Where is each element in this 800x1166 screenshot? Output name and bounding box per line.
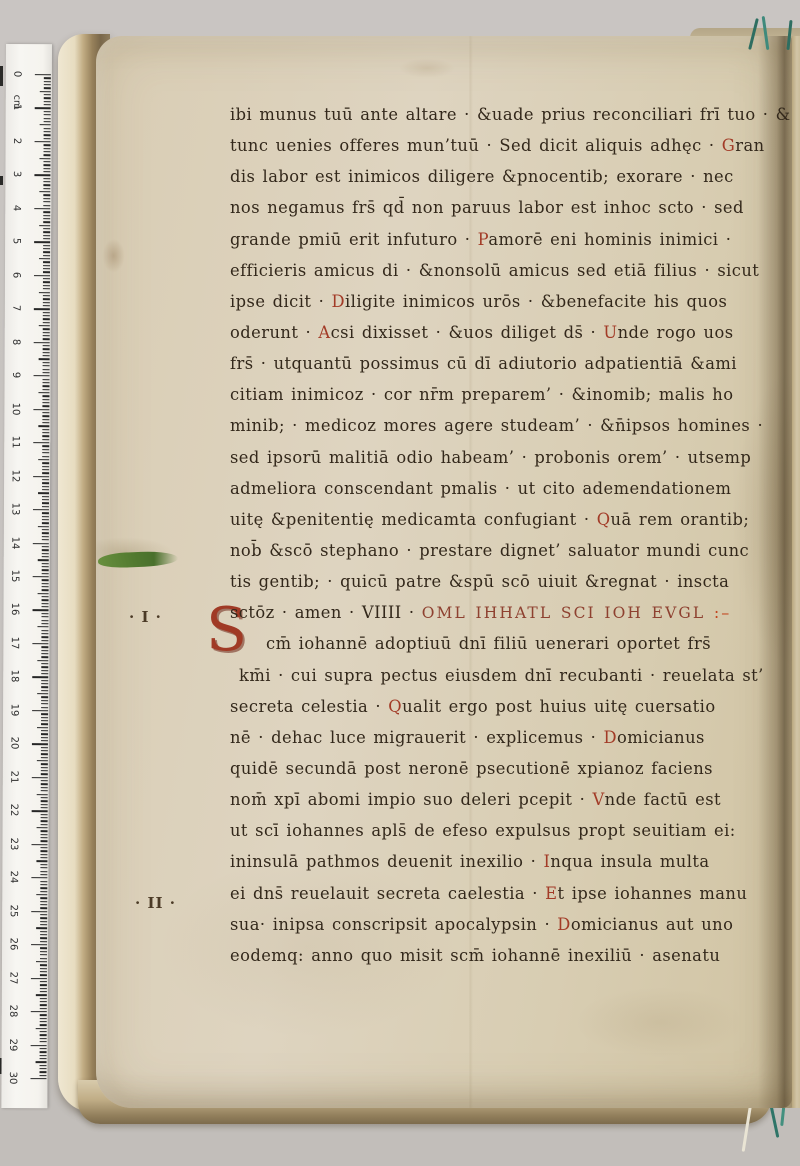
ruler-tick [40, 968, 47, 969]
ruler-tick [33, 509, 49, 510]
ruler-tick [42, 516, 49, 517]
manuscript-text-line: sctōz · amen · VIIII · OML IHHATL SCI IO… [230, 597, 796, 628]
ruler-tick [41, 640, 48, 641]
manuscript-text-line: tunc uenies offeres mun’tuū · Sed dicit … [230, 130, 796, 161]
ruler-tick [40, 901, 47, 902]
manuscript-text: cm̄ iohannē adoptiuū dnī filiū uenerari … [266, 634, 711, 653]
ruler-tick [40, 867, 47, 868]
ruler-number: 24 [7, 870, 19, 885]
ruler-tick [43, 335, 50, 336]
ruler-tick [34, 375, 50, 376]
ruler-tick [39, 359, 50, 360]
ruler-tick [43, 215, 50, 216]
ruler-tick [42, 529, 49, 530]
ruler-tick [37, 794, 48, 795]
manuscript-page: · I · · II · S ibi munus tuū ante altare… [96, 36, 800, 1108]
ruler-tick [42, 603, 49, 604]
ruler-tick [42, 436, 49, 437]
ruler-tick [41, 633, 48, 634]
ruler-tick [40, 948, 47, 949]
ruler-tick [41, 733, 48, 734]
ruler-tick [43, 272, 50, 273]
ruler-tick [41, 616, 48, 617]
ruler-tick [43, 282, 50, 283]
ruler-tick [31, 1045, 47, 1046]
ruler-number: 14 [8, 535, 20, 550]
ruler-tick [40, 1048, 47, 1049]
ruler-tick [40, 887, 47, 888]
manuscript-text-line: citiam inimicoz · cor nr̄m preparem’ · &… [230, 379, 796, 410]
ruler-number: 4 [10, 200, 22, 215]
ruler-tick [42, 580, 49, 581]
ruler-tick [38, 392, 49, 393]
ruler-tick [43, 228, 50, 229]
ruler-tick [42, 416, 49, 417]
ruler-tick [42, 466, 49, 467]
ruler-tick [41, 636, 48, 637]
manuscript-text: iligite inimicos urōs · &benefacite his … [345, 292, 727, 311]
ruler-number: 21 [7, 769, 19, 784]
rubric-text: OML IHHATL SCI IOH EVGL [422, 604, 714, 622]
ruler-tick [37, 827, 48, 828]
manuscript-text: quidē secundā post neronē psecutionē xpi… [230, 759, 713, 778]
ruler-tick [42, 462, 49, 463]
ruler-tick [40, 91, 51, 92]
ruler-tick [42, 419, 49, 420]
photo-edge-mark [0, 66, 3, 86]
ruler-tick [42, 553, 49, 554]
ruler-number: 10 [9, 401, 21, 416]
ruler-tick [41, 750, 48, 751]
ruler-tick [40, 941, 47, 942]
ruler-tick [42, 489, 49, 490]
ruler-tick [40, 991, 47, 992]
manuscript-text: amorē eni hominis inimici · [488, 230, 731, 249]
ruler-tick [40, 1018, 47, 1019]
ruler-tick [40, 1058, 47, 1059]
manuscript-text: t ipse iohannes manu [558, 884, 748, 903]
ruler-number: 17 [8, 635, 20, 650]
ruler-tick [34, 241, 50, 242]
manuscript-text-line: ipse dicit · Diligite inimicos urōs · &b… [230, 286, 796, 317]
ruler-tick [41, 680, 48, 681]
ruler-tick [42, 439, 49, 440]
ruler-tick [41, 653, 48, 654]
ruler-tick [41, 703, 48, 704]
manuscript-text: admeliora conscendant pmalis · ut cito a… [230, 479, 731, 498]
ruler-tick [40, 964, 47, 965]
ruler-tick [43, 195, 50, 196]
ruler-tick [43, 255, 50, 256]
manuscript-text-line: grande pmiū erit infuturo · Pamorē eni h… [230, 224, 796, 255]
ruler-tick [43, 181, 50, 182]
manuscript-text: nqua insula multa [550, 852, 709, 871]
ruler-tick [43, 231, 50, 232]
manuscript-text-line: quidē secundā post neronē psecutionē xpi… [230, 753, 796, 784]
ruler-tick [40, 934, 47, 935]
ruler-tick [40, 981, 47, 982]
ruler-tick [32, 677, 48, 678]
ruler-tick [39, 325, 50, 326]
manuscript-text-line: frs̄ · utquantū possimus cū dī adiutorio… [230, 348, 796, 379]
ruler-tick [32, 643, 48, 644]
ruler-tick [43, 332, 50, 333]
ruler-tick [32, 777, 48, 778]
photo-edge-mark [0, 176, 3, 185]
ruler-tick [44, 121, 51, 122]
ruler-tick [41, 700, 48, 701]
ruler-number: 19 [8, 702, 20, 717]
ruler-tick [41, 673, 48, 674]
ruler-number: 0 [10, 67, 22, 82]
ruler-tick [31, 944, 47, 945]
manuscript-text-line: ei dns̄ reuelauit secreta caelestia · Et… [230, 878, 796, 909]
ruler-tick [41, 683, 48, 684]
ruler-tick [43, 345, 50, 346]
ruler-tick [41, 767, 48, 768]
ruler-tick [40, 871, 47, 872]
manuscript-text: dis labor est inimicos diligere &pnocent… [230, 167, 734, 186]
ruler-tick [44, 94, 51, 95]
ruler-tick [43, 252, 50, 253]
manuscript-text: nē · dehac luce migrauerit · explicemus … [230, 728, 603, 747]
ruler-tick [40, 1015, 47, 1016]
ruler-tick [43, 268, 50, 269]
ruler-tick [43, 198, 50, 199]
ruler-tick [38, 526, 49, 527]
manuscript-text: D [603, 728, 617, 747]
ruler-tick [40, 847, 47, 848]
green-ink-smear [98, 550, 179, 568]
ruler-tick [40, 984, 47, 985]
ruler-unit-label: cm [10, 95, 22, 110]
ruler-tick [40, 954, 47, 955]
ruler-tick [32, 844, 48, 845]
ruler-tick [36, 1061, 47, 1062]
manuscript-text: sctōz · amen · VIIII · [230, 603, 422, 622]
ruler-tick [42, 395, 49, 396]
ruler-tick [40, 904, 47, 905]
ruler-tick [41, 814, 48, 815]
ruler-tick [42, 482, 49, 483]
ruler-tick [42, 546, 49, 547]
ruler-tick [41, 720, 48, 721]
ruler-tick [37, 760, 48, 761]
ruler-number: 11 [9, 435, 21, 450]
ruler-tick [35, 141, 51, 142]
ruler-tick [41, 663, 48, 664]
manuscript-text: nde factū est [605, 790, 721, 809]
ruler-tick [33, 476, 49, 477]
ruler-number: 7 [9, 301, 21, 316]
ruler-tick [44, 78, 51, 79]
ruler-tick [34, 275, 50, 276]
ruler-tick [44, 111, 51, 112]
manuscript-text-line: secreta celestia · Qualit ergo post huiu… [230, 691, 796, 722]
ruler-tick [41, 790, 48, 791]
ruler-tick [42, 563, 49, 564]
manuscript-text: citiam inimicoz · cor nr̄m preparem’ · &… [230, 385, 734, 404]
ruler-tick [38, 492, 49, 493]
ruler-tick [38, 559, 49, 560]
ruler-tick [42, 596, 49, 597]
manuscript-text: D [331, 292, 345, 311]
manuscript-text: km̄i · cui supra pectus eiusdem dnī recu… [239, 666, 764, 685]
ruler-tick [38, 426, 49, 427]
ruler-tick [44, 118, 51, 119]
ruler-tick [42, 422, 49, 423]
ruler-tick [42, 456, 49, 457]
ruler-tick [43, 285, 50, 286]
ruler-tick [42, 549, 49, 550]
manuscript-text: omicianus aut uno [571, 915, 734, 934]
ruler-tick [33, 409, 49, 410]
ruler-tick [40, 884, 47, 885]
ruler-tick [44, 84, 51, 85]
ruler-tick [42, 533, 49, 534]
ruler-tick [40, 998, 47, 999]
manuscript-text-line: km̄i · cui supra pectus eiusdem dnī recu… [230, 660, 796, 691]
ruler-tick [41, 784, 48, 785]
manuscript-text: frs̄ · utquantū possimus cū dī adiutorio… [230, 354, 737, 373]
ruler-tick [42, 556, 49, 557]
ruler-tick [44, 151, 51, 152]
ruler-tick [36, 994, 47, 995]
ruler-tick [41, 713, 48, 714]
ruler-tick [40, 874, 47, 875]
ruler-tick [43, 295, 50, 296]
ruler-tick [43, 362, 50, 363]
ruler-tick [38, 593, 49, 594]
ruler-tick [36, 928, 47, 929]
ruler-tick [43, 385, 50, 386]
ruler-tick [33, 576, 49, 577]
ruler-tick [40, 1065, 47, 1066]
ruler-tick [40, 1055, 47, 1056]
ruler-tick [43, 312, 50, 313]
manuscript-text: ibi munus tuū ante altare · &uade prius … [230, 105, 791, 124]
manuscript-text-line: sed ipsorū malitiā odio habeam’ · probon… [230, 442, 796, 473]
manuscript-text-line: ibi munus tuū ante altare · &uade prius … [230, 99, 796, 130]
ruler-tick [41, 764, 48, 765]
ruler-tick [40, 891, 47, 892]
ruler-tick [31, 877, 47, 878]
ruler-tick [44, 81, 51, 82]
manuscript-text-line: ininsulā pathmos deuenit inexilio · Inqu… [230, 846, 796, 877]
manuscript-text: uitę &penitentię medicamta confugiant · [230, 510, 597, 529]
ruler-tick [40, 1031, 47, 1032]
ruler-tick [44, 148, 51, 149]
ruler-tick [42, 499, 49, 500]
manuscript-text: Q [597, 510, 611, 529]
ruler-tick [40, 897, 47, 898]
ruler-tick [40, 921, 47, 922]
manuscript-text: D [557, 915, 571, 934]
manuscript-text: U [603, 323, 617, 342]
ruler-tick [40, 924, 47, 925]
ruler-tick [40, 971, 47, 972]
ruler-tick [42, 613, 49, 614]
manuscript-text: eodemq: anno quo misit scm̄ iohannē inex… [230, 946, 720, 965]
ruler-tick [41, 747, 48, 748]
ruler-tick [43, 322, 50, 323]
ruler-tick [43, 245, 50, 246]
margin-mark-ii: · II · [135, 894, 176, 912]
ruler-tick [35, 74, 51, 75]
ruler-tick [42, 566, 49, 567]
ruler-tick [41, 807, 48, 808]
manuscript-text: V [592, 790, 604, 809]
ruler-tick [42, 606, 49, 607]
ruler-tick [40, 931, 47, 932]
ruler-number: 20 [7, 736, 19, 751]
manuscript-text: ualit ergo post huius uitę cuersatio [402, 697, 716, 716]
ruler-tick [41, 834, 48, 835]
ruler-tick [43, 315, 50, 316]
ruler-tick [44, 101, 51, 102]
margin-mark-i: · I · [129, 608, 162, 626]
manuscript-text: G [722, 136, 735, 155]
ruler-number: 6 [9, 267, 21, 282]
manuscript-text-line: dis labor est inimicos diligere &pnocent… [230, 161, 796, 192]
ruler-tick [41, 787, 48, 788]
ruler-tick [41, 667, 48, 668]
ruler-number: 2 [10, 133, 22, 148]
ruler-tick [41, 646, 48, 647]
ruler-tick [41, 804, 48, 805]
ruler-tick [33, 610, 49, 611]
manuscript-text-line: oderunt · Acsi dixisset · &uos diliget d… [230, 317, 796, 348]
ruler-number: 16 [8, 602, 20, 617]
ruler-tick [40, 914, 47, 915]
ruler-tick [42, 405, 49, 406]
ruler-tick [40, 918, 47, 919]
ruler-tick [44, 131, 51, 132]
ruler-tick [41, 770, 48, 771]
manuscript-text: oderunt · [230, 323, 318, 342]
ruler-tick [38, 459, 49, 460]
ruler-number: 29 [6, 1037, 18, 1052]
ruler-number: 26 [7, 937, 19, 952]
ruler-tick [43, 329, 50, 330]
ruler-number: 25 [7, 903, 19, 918]
ruler-tick [43, 201, 50, 202]
ruler-number: 18 [8, 669, 20, 684]
ruler-tick [43, 188, 50, 189]
ruler-tick [40, 1035, 47, 1036]
ruler-tick [41, 623, 48, 624]
ruler-tick [41, 757, 48, 758]
manuscript-text: nde rogo uos [618, 323, 734, 342]
ruler-number: 12 [9, 468, 21, 483]
ruler-tick [41, 670, 48, 671]
manuscript-text-line: ut scī iohannes apls̄ de efeso expulsus … [230, 815, 796, 846]
ruler-tick [36, 961, 47, 962]
ruler-tick [42, 503, 49, 504]
ruler-tick [42, 469, 49, 470]
manuscript-text: P [478, 230, 489, 249]
ruler-tick [40, 1068, 47, 1069]
ruler-tick [43, 352, 50, 353]
manuscript-text: nom̄ xpī abomi impio suo deleri pcepit · [230, 790, 592, 809]
ruler-tick [31, 1011, 47, 1012]
manuscript-text-line: tis gentib; · quicū patre &spū scō uiuit… [230, 566, 796, 597]
manuscript-text: ran [735, 136, 764, 155]
ruler-tick [42, 486, 49, 487]
ruler-tick [42, 412, 49, 413]
ruler-tick [41, 824, 48, 825]
ruler-tick [40, 1021, 47, 1022]
ruler: 0123456789101112131415161718192021222324… [1, 44, 52, 1108]
ruler-tick [43, 278, 50, 279]
ruler-tick [36, 894, 47, 895]
ruler-tick [43, 238, 50, 239]
ruler-tick [34, 342, 50, 343]
ruler-tick [40, 1071, 47, 1072]
manuscript-text: nos negamus frs̄ qd̄ non paruus labor es… [230, 198, 744, 217]
ruler-tick [40, 881, 47, 882]
text-block: ibi munus tuū ante altare · &uade prius … [230, 99, 796, 971]
ruler-tick [33, 543, 49, 544]
manuscript-text-line: efficieris amicus di · &nonsolū amicus s… [230, 255, 796, 286]
manuscript-text-line: sua· inipsa conscripsit apocalypsin · Do… [230, 909, 796, 940]
ruler-tick [42, 536, 49, 537]
ruler-tick [41, 730, 48, 731]
manuscript-text: sua· inipsa conscripsit apocalypsin · [230, 915, 557, 934]
ruler-tick [43, 349, 50, 350]
manuscript-text: csi dixisset · &uos diliget ds̄ · [331, 323, 604, 342]
ruler-number: 27 [6, 970, 18, 985]
manuscript-text: ininsulā pathmos deuenit inexilio · [230, 852, 544, 871]
manuscript-text-line: admeliora conscendant pmalis · ut cito a… [230, 473, 796, 504]
ruler-tick [44, 134, 51, 135]
ruler-tick [42, 399, 49, 400]
ruler-tick [41, 620, 48, 621]
ruler-tick [31, 911, 47, 912]
manuscript-text: tis gentib; · quicū patre &spū scō uiuit… [230, 572, 729, 591]
ruler-tick [32, 743, 48, 744]
ruler-tick [34, 308, 50, 309]
ruler-tick [43, 165, 50, 166]
ruler-tick [43, 218, 50, 219]
ruler-number: 5 [10, 234, 22, 249]
ruler-tick [37, 660, 48, 661]
ruler-tick [41, 841, 48, 842]
ruler-tick [40, 857, 47, 858]
manuscript-text-line: minib; · medicoz mores agere studeam’ · … [230, 410, 796, 441]
ruler-tick [40, 907, 47, 908]
ruler-tick [42, 389, 49, 390]
ruler-tick [36, 1028, 47, 1029]
ruler-tick [41, 817, 48, 818]
ruler-tick [43, 365, 50, 366]
ruler-tick [35, 108, 51, 109]
ruler-tick [39, 258, 50, 259]
manuscript-text: nob̄ &scō stephano · prestare dignet’ sa… [230, 541, 749, 560]
ruler-tick [40, 864, 47, 865]
ruler-tick [43, 369, 50, 370]
ruler-tick [39, 225, 50, 226]
ruler-tick [44, 138, 51, 139]
ruler-tick [44, 144, 51, 145]
ruler-tick [40, 1051, 47, 1052]
ruler-number: 30 [6, 1071, 18, 1086]
ruler-number: 9 [9, 368, 21, 383]
ruler-tick [44, 104, 51, 105]
ruler-tick [42, 472, 49, 473]
ruler-tick [41, 797, 48, 798]
ruler-tick [44, 128, 51, 129]
